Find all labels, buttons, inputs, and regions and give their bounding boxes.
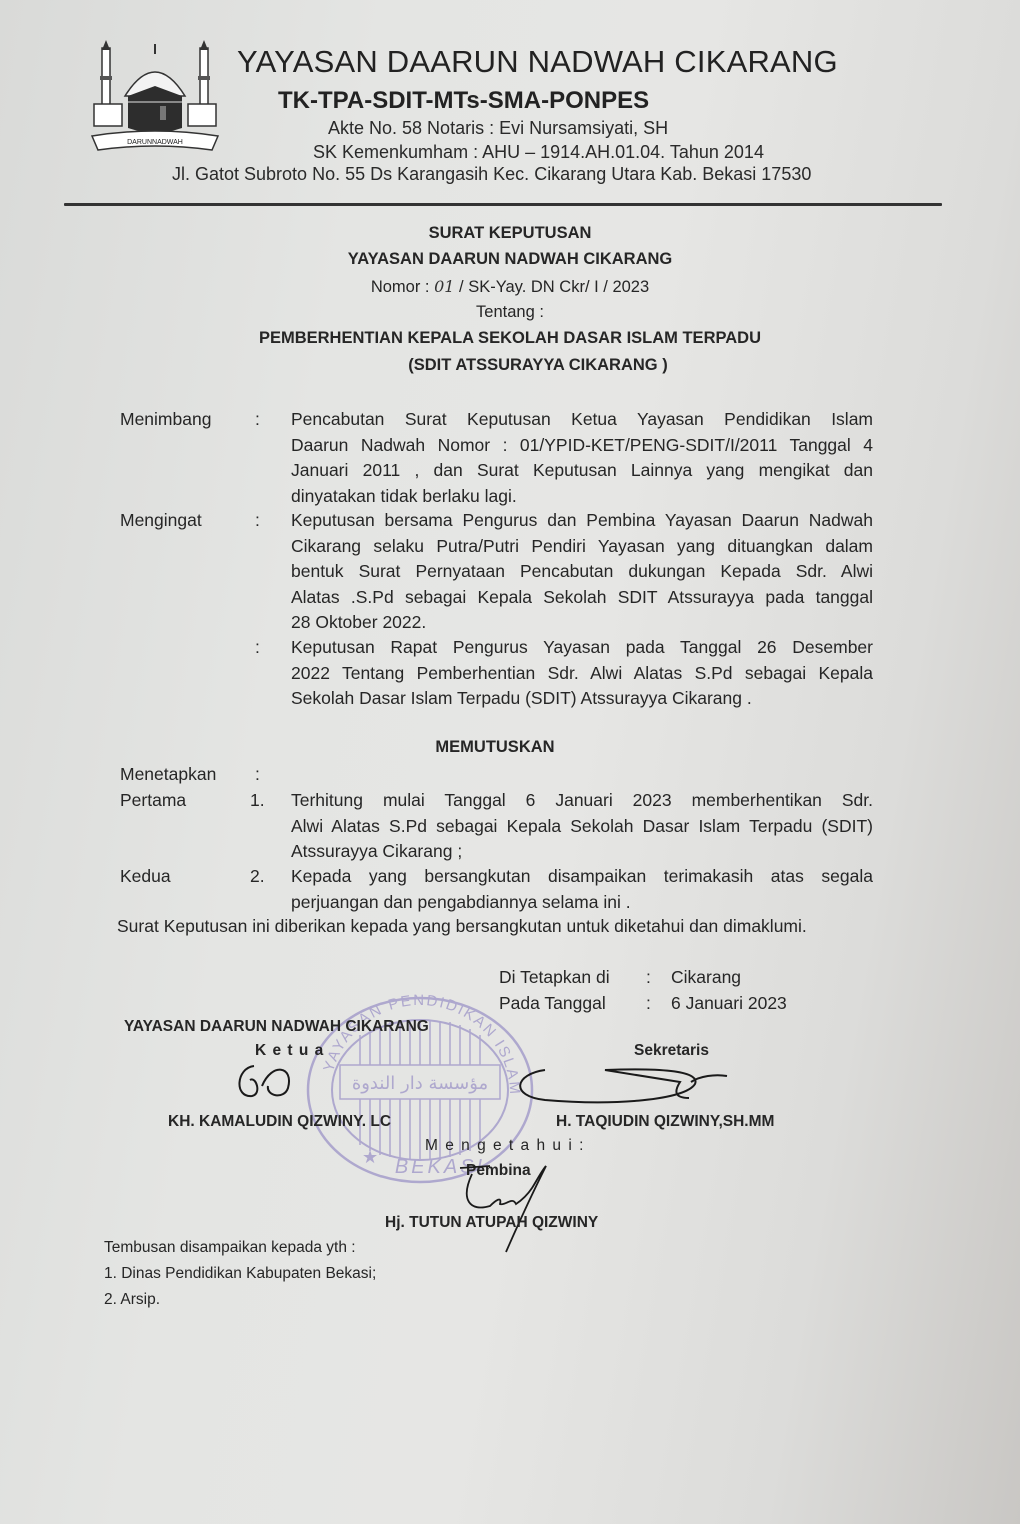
notary-deed: Akte No. 58 Notaris : Evi Nursamsiyati, … xyxy=(328,118,668,139)
mengingat-colon: : xyxy=(255,510,260,531)
menetapkan-label: Menetapkan xyxy=(120,764,216,785)
organization-units: TK-TPA-SDIT-MTs-SMA-PONPES xyxy=(278,87,649,115)
ministry-decree: SK Kemenkumham : AHU – 1914.AH.01.04. Ta… xyxy=(313,142,764,163)
address: Jl. Gatot Subroto No. 55 Ds Karangasih K… xyxy=(172,164,811,185)
sekretaris-signature-icon xyxy=(505,1060,735,1110)
sekretaris-name: H. TAQIUDIN QIZWINY,SH.MM xyxy=(556,1113,774,1131)
svg-text:★: ★ xyxy=(362,1147,378,1167)
tembusan-item: 1. Dinas Pendidikan Kabupaten Bekasi; xyxy=(104,1265,376,1283)
organization-name: YAYASAN DAARUN NADWAH CIKARANG xyxy=(237,44,838,80)
place-colon: : xyxy=(646,967,651,988)
decision-item-2-label: Kedua xyxy=(120,866,171,887)
mengingat-item-2-colon: : xyxy=(255,637,260,658)
sekretaris-title: Sekretaris xyxy=(634,1042,709,1060)
decision-heading: MEMUTUSKAN xyxy=(0,738,1005,757)
mengingat-item-2: Keputusan Rapat Pengurus Yayasan pada Ta… xyxy=(291,635,873,712)
document-issuer: YAYASAN DAARUN NADWAH CIKARANG xyxy=(0,250,1020,269)
document-page: DARUNNADWAH YAYASAN DAARUN NADWAH CIKARA… xyxy=(0,0,1020,1524)
date-value: 6 Januari 2023 xyxy=(671,993,787,1014)
date-colon: : xyxy=(646,993,651,1014)
closing-statement: Surat Keputusan ini diberikan kepada yan… xyxy=(117,916,807,937)
nomor-handwritten: 01 xyxy=(434,277,454,296)
pembina-name: Hj. TUTUN ATUPAH QIZWINY xyxy=(385,1214,598,1232)
ketua-name: KH. KAMALUDIN QIZWINY. LC xyxy=(168,1113,391,1131)
mengetahui-label: M e n g e t a h u i : xyxy=(425,1137,585,1155)
menimbang-colon: : xyxy=(255,409,260,430)
tentang-label: Tentang : xyxy=(0,303,1020,322)
document-type: SURAT KEPUTUSAN xyxy=(0,224,1020,243)
tembusan-item: 2. Arsip. xyxy=(104,1291,160,1309)
svg-text:DARUNNADWAH: DARUNNADWAH xyxy=(127,139,183,146)
tembusan-heading: Tembusan disampaikan kepada yth : xyxy=(104,1239,356,1257)
nomor-rest: / SK-Yay. DN Ckr/ I / 2023 xyxy=(459,278,649,296)
signatory-organization: YAYASAN DAARUN NADWAH CIKARANG xyxy=(124,1018,429,1036)
pembina-signature-icon xyxy=(450,1160,560,1260)
subject-line-1: PEMBERHENTIAN KEPALA SEKOLAH DASAR ISLAM… xyxy=(0,329,1020,348)
nomor-label: Nomor : xyxy=(371,278,430,296)
letterhead-divider xyxy=(64,203,942,206)
menimbang-label: Menimbang xyxy=(120,409,211,430)
place-value: Cikarang xyxy=(671,967,741,988)
document-number: Nomor : 01 / SK-Yay. DN Ckr/ I / 2023 xyxy=(0,277,1020,297)
subject-line-2: (SDIT ATSSURAYYA CIKARANG ) xyxy=(28,356,1020,375)
decision-item-2-number: 2. xyxy=(250,866,265,887)
mosque-kaaba-logo-icon: DARUNNADWAH xyxy=(90,38,220,158)
menimbang-text: Pencabutan Surat Keputusan Ketua Yayasan… xyxy=(291,407,873,509)
decision-item-2-text: Kepada yang bersangkutan disampaikan ter… xyxy=(291,864,873,915)
mengingat-item-1: Keputusan bersama Pengurus dan Pembina Y… xyxy=(291,508,873,636)
svg-text:مؤسسة دار الندوة: مؤسسة دار الندوة xyxy=(352,1073,488,1094)
decision-item-1-number: 1. xyxy=(250,790,265,811)
menetapkan-colon: : xyxy=(255,764,260,785)
decision-item-1-label: Pertama xyxy=(120,790,186,811)
decision-item-1-text: Terhitung mulai Tanggal 6 Januari 2023 m… xyxy=(291,788,873,865)
ketua-signature-icon xyxy=(232,1058,322,1108)
mengingat-label: Mengingat xyxy=(120,510,202,531)
